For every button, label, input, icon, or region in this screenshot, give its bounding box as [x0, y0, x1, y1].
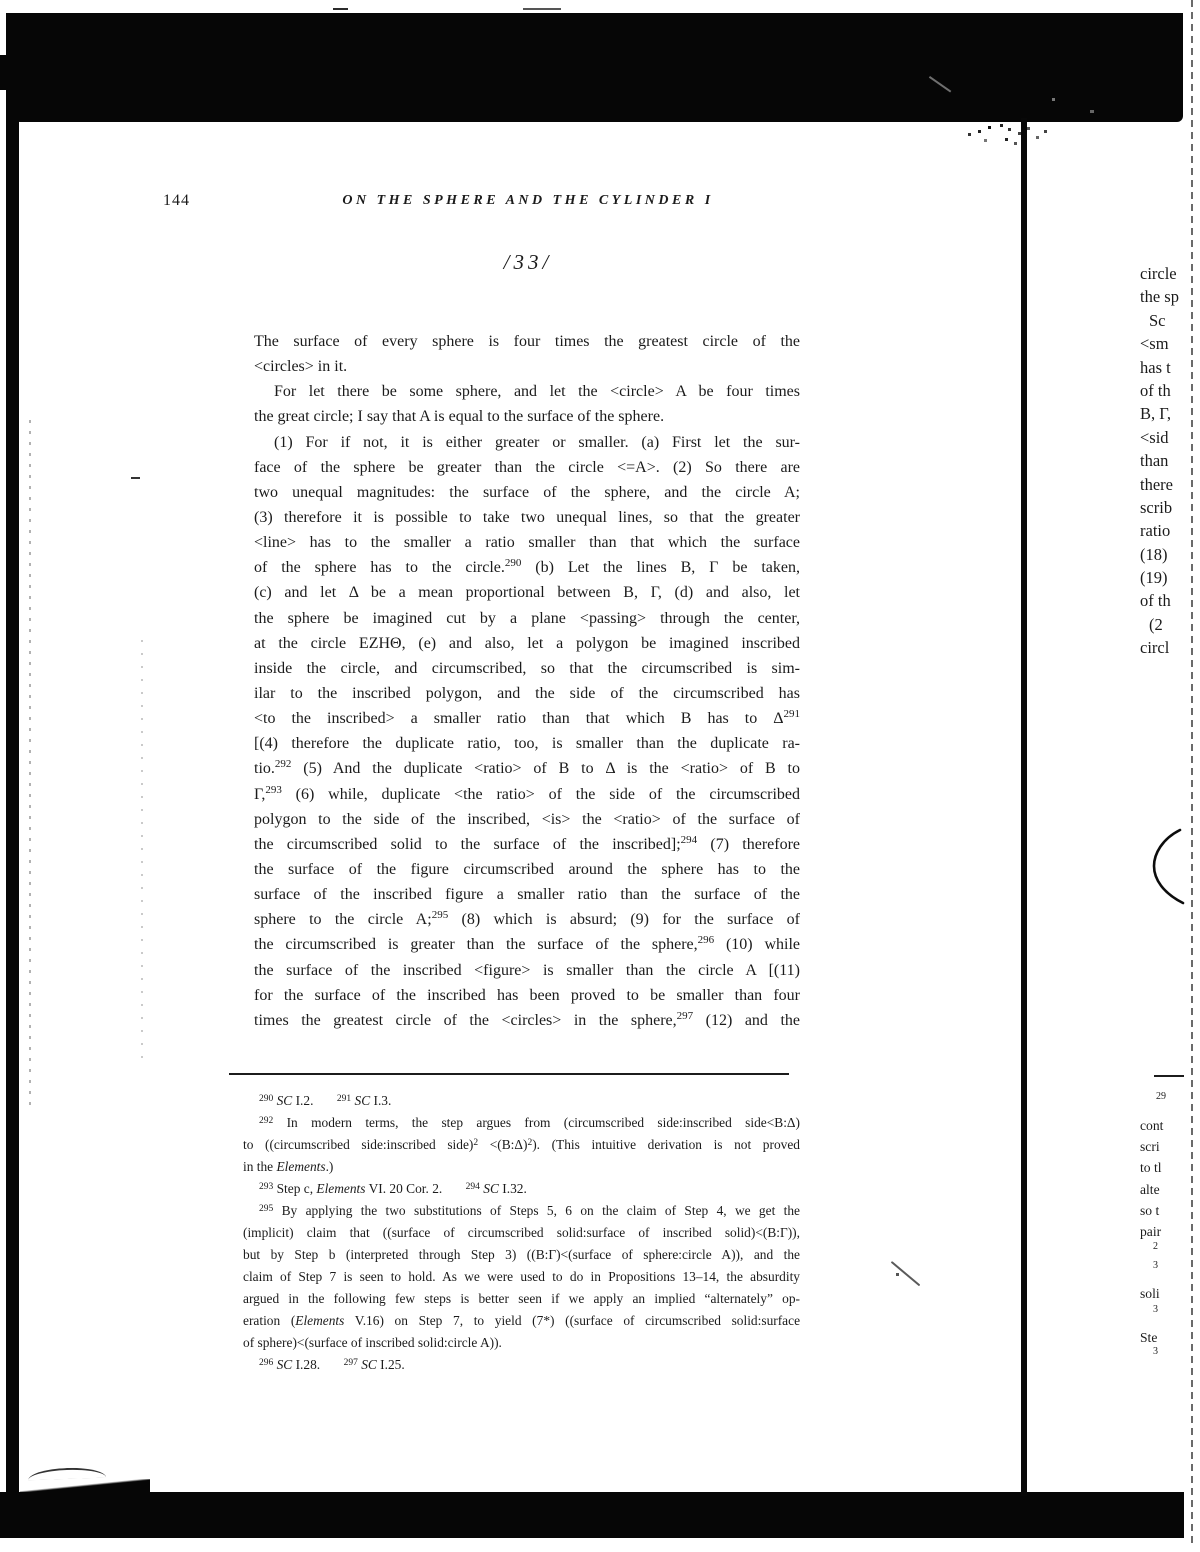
- running-head: ON THE SPHERE AND THE CYLINDER I: [254, 193, 802, 209]
- facing-footnote-fragment: alte: [1140, 1182, 1160, 1198]
- body-text-line: of the sphere has to the circle.290 (b) …: [254, 555, 800, 580]
- footnote-line: argued in the following few steps is bet…: [243, 1288, 800, 1310]
- page-edge-dashed-line: [1191, 0, 1193, 1546]
- footnote-line: eration (Elements V.16) on Step 7, to yi…: [243, 1310, 800, 1332]
- body-text-line: the surface of the figure circumscribed …: [254, 857, 800, 882]
- scan-noise-column: [29, 420, 31, 1110]
- pencil-dot-mark: [896, 1273, 899, 1276]
- footnote-reference: 296: [259, 1358, 273, 1368]
- footnote-line: claim of Step 7 is seen to hold. As we w…: [243, 1266, 800, 1288]
- facing-text-fragment: circle: [1140, 262, 1188, 285]
- facing-footnote-fragment: 3: [1153, 1260, 1158, 1271]
- body-text-line: the sphere be imagined cut by a plane <p…: [254, 606, 800, 631]
- footnote-line: of sphere)<(surface of inscribed solid:c…: [243, 1332, 800, 1354]
- facing-footnote-fragment: soli: [1140, 1286, 1160, 1302]
- footnote-reference: 290: [505, 557, 522, 569]
- facing-text-fragment: the sp: [1140, 285, 1188, 308]
- facing-footnote-fragment: to tl: [1140, 1160, 1162, 1176]
- body-text-line: for the surface of the inscribed has bee…: [254, 983, 800, 1008]
- footnote-reference: 295: [259, 1204, 273, 1214]
- body-text-line: The surface of every sphere is four time…: [254, 329, 800, 354]
- footnote-reference: 293: [265, 784, 282, 796]
- facing-text-fragment: <sid: [1140, 426, 1188, 449]
- body-text-line: <to the inscribed> a smaller ratio than …: [254, 706, 800, 731]
- footnote-reference: 297: [344, 1358, 358, 1368]
- body-text-line: [(4) therefore the duplicate ratio, too,…: [254, 731, 800, 756]
- facing-page-figure-arc: [1150, 826, 1190, 908]
- footnote-reference: 291: [337, 1094, 351, 1104]
- facing-text-fragment: (18): [1140, 543, 1188, 566]
- body-text-line: face of the sphere be greater than the c…: [254, 455, 800, 480]
- footnote-line: to ((circumscribed side:inscribed side)2…: [243, 1134, 800, 1156]
- footnote-reference: 293: [259, 1182, 273, 1192]
- italic-text: Elements: [276, 1159, 325, 1174]
- footnote-reference: 292: [259, 1116, 273, 1126]
- footnote-reference: 294: [681, 834, 698, 846]
- footnote-separator: [229, 1073, 789, 1075]
- footnote-line: 290 SC I.2. 291 SC I.3.: [243, 1090, 800, 1112]
- facing-footnote-fragment: 3: [1153, 1304, 1158, 1315]
- book-gutter-shadow: [1021, 118, 1027, 1496]
- facing-text-fragment: (2: [1140, 613, 1188, 636]
- top-edge-dash: [523, 8, 561, 10]
- top-edge-dash: [333, 8, 348, 10]
- facing-text-fragment: than: [1140, 449, 1188, 472]
- italic-text: Elements: [316, 1181, 365, 1196]
- footnote-line: 295 By applying the two substitutions of…: [243, 1200, 800, 1222]
- footnote-line: 292 In modern terms, the step argues fro…: [243, 1112, 800, 1134]
- facing-text-fragment: <sm: [1140, 332, 1188, 355]
- scan-border-top: [6, 13, 1183, 122]
- facing-footnote-fragment: Ste: [1140, 1330, 1157, 1346]
- facing-text-fragment: has t: [1140, 356, 1188, 379]
- band-speck: [1090, 110, 1094, 113]
- italic-text: SC: [483, 1181, 499, 1196]
- gutter-speckle-noise: [1000, 124, 1003, 127]
- footnote-line: but by Step b (interpreted through Step …: [243, 1244, 800, 1266]
- italic-text: SC: [277, 1357, 293, 1372]
- footnote-reference: 297: [677, 1010, 694, 1022]
- facing-footnote-fragment: pair: [1140, 1224, 1161, 1240]
- facing-text-fragment: scrib: [1140, 496, 1188, 519]
- facing-text-fragment: of th: [1140, 379, 1188, 402]
- italic-text: SC: [277, 1093, 293, 1108]
- scanned-book-page: 144 ON THE SPHERE AND THE CYLINDER I /33…: [0, 0, 1200, 1552]
- page-number: 144: [163, 192, 190, 210]
- italic-text: Elements: [295, 1313, 344, 1328]
- facing-page-footnote-fragments: 29contscrito tlalteso tpair23soli3Ste3: [1140, 1086, 1190, 1376]
- facing-text-fragment: there: [1140, 473, 1188, 496]
- footnote-line: 296 SC I.28. 297 SC I.25.: [243, 1354, 800, 1376]
- facing-footnote-fragment: 2: [1153, 1241, 1158, 1252]
- facing-text-fragment: Sc: [1140, 309, 1188, 332]
- scan-noise-column: [141, 640, 143, 1060]
- footnote-reference: 2: [473, 1138, 478, 1148]
- body-text-line: times the greatest circle of the <circle…: [254, 1008, 800, 1033]
- facing-footnote-fragment: so t: [1140, 1203, 1159, 1219]
- facing-text-fragment: (19): [1140, 566, 1188, 589]
- facing-footnote-fragment: 3: [1153, 1346, 1158, 1357]
- facing-page-text-fragments: circlethe spSc<smhas tof thB, Γ,<sidthan…: [1140, 262, 1188, 660]
- footnote-line: (implicit) claim that ((surface of circu…: [243, 1222, 800, 1244]
- scan-border-left: [6, 13, 19, 1528]
- scan-border-bottom: [0, 1492, 1184, 1538]
- footnote-reference: 294: [466, 1182, 480, 1192]
- body-text-line: inside the circle, and circumscribed, so…: [254, 656, 800, 681]
- body-text-line: Γ,293 (6) while, duplicate <the ratio> o…: [254, 782, 800, 807]
- band-speck: [1052, 98, 1055, 101]
- italic-text: SC: [361, 1357, 377, 1372]
- body-text-line: tio.292 (5) And the duplicate <ratio> of…: [254, 756, 800, 781]
- body-text-line: surface of the inscribed figure a smalle…: [254, 882, 800, 907]
- body-text-line: <line> has to the smaller a ratio smalle…: [254, 530, 800, 555]
- body-text-line: the surface of the inscribed <figure> is…: [254, 958, 800, 983]
- facing-text-fragment: B, Γ,: [1140, 402, 1188, 425]
- facing-text-fragment: circl: [1140, 636, 1188, 659]
- footnote-line: 293 Step c, Elements VI. 20 Cor. 2. 294 …: [243, 1178, 800, 1200]
- body-text-line: two unequal magnitudes: the surface of t…: [254, 480, 800, 505]
- body-text-line: (3) therefore it is possible to take two…: [254, 505, 800, 530]
- body-text-line: ilar to the inscribed polygon, and the s…: [254, 681, 800, 706]
- body-text: The surface of every sphere is four time…: [254, 329, 800, 1033]
- body-text-line: sphere to the circle A;295 (8) which is …: [254, 907, 800, 932]
- body-text-line: <circles> in it.: [254, 354, 800, 379]
- body-text-line: polygon to the side of the inscribed, <i…: [254, 807, 800, 832]
- footnote-reference: 295: [432, 909, 449, 921]
- footnote-reference: 290: [259, 1094, 273, 1104]
- footnote-reference: 2: [527, 1138, 532, 1148]
- facing-text-fragment: ratio: [1140, 519, 1188, 542]
- body-text-line: (1) For if not, it is either greater or …: [254, 430, 800, 455]
- body-text-line: the great circle; I say that A is equal …: [254, 404, 800, 429]
- italic-text: SC: [355, 1093, 371, 1108]
- facing-footnote-fragment: 29: [1156, 1091, 1166, 1102]
- footnote-reference: 292: [275, 758, 292, 770]
- body-text-line: at the circle EZHΘ, (e) and also, let a …: [254, 631, 800, 656]
- footnotes: 290 SC I.2. 291 SC I.3.292 In modern ter…: [243, 1090, 800, 1376]
- body-text-line: the circumscribed solid to the surface o…: [254, 832, 800, 857]
- body-text-line: (c) and let Δ be a mean proportional bet…: [254, 580, 800, 605]
- footnote-reference: 291: [784, 708, 801, 720]
- footnote-reference: 296: [698, 934, 715, 946]
- margin-dash-mark: [131, 477, 140, 479]
- facing-text-fragment: of th: [1140, 589, 1188, 612]
- facing-footnote-fragment: cont: [1140, 1118, 1163, 1134]
- body-text-line: the circumscribed is greater than the su…: [254, 932, 800, 957]
- facing-footnote-separator-fragment: [1154, 1075, 1184, 1077]
- facing-footnote-fragment: scri: [1140, 1139, 1160, 1155]
- footnote-line: in the Elements.): [243, 1156, 800, 1178]
- section-marker: /33/: [254, 250, 802, 275]
- body-text-line: For let there be some sphere, and let th…: [254, 379, 800, 404]
